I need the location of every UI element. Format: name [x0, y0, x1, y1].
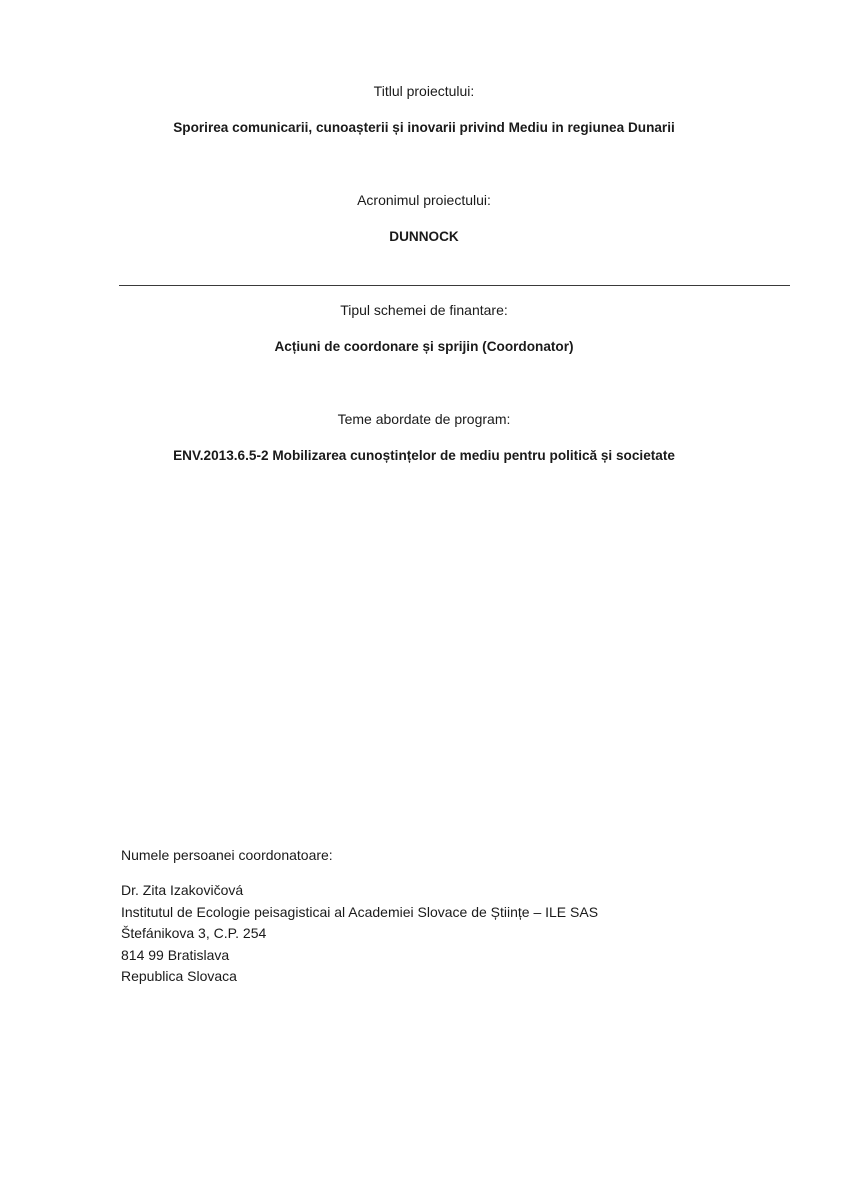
coordinator-details: Dr. Zita Izakovičová Institutul de Ecolo…: [121, 880, 598, 988]
project-title: Sporirea comunicarii, cunoașterii și ino…: [0, 119, 848, 137]
coordinator-name: Dr. Zita Izakovičová: [121, 880, 598, 902]
program-topics: ENV.2013.6.5-2 Mobilizarea cunoștințelor…: [0, 447, 848, 465]
coordinator-street: Štefánikova 3, C.P. 254: [121, 923, 598, 945]
document-page: Titlul proiectului: Sporirea comunicarii…: [0, 0, 848, 1200]
horizontal-divider: [119, 285, 790, 286]
coordinator-city: 814 99 Bratislava: [121, 945, 598, 967]
coordinator-label: Numele persoanei coordonatoare:: [121, 845, 333, 867]
coordinator-institution: Institutul de Ecologie peisagisticai al …: [121, 902, 598, 924]
program-topics-label: Teme abordate de program:: [0, 410, 848, 428]
funding-scheme-label: Tipul schemei de finantare:: [0, 301, 848, 319]
coordinator-country: Republica Slovaca: [121, 966, 598, 988]
acronym-label: Acronimul proiectului:: [0, 191, 848, 209]
funding-scheme: Acțiuni de coordonare și sprijin (Coordo…: [0, 338, 848, 356]
project-acronym: DUNNOCK: [0, 228, 848, 246]
project-title-label: Titlul proiectului:: [0, 82, 848, 100]
